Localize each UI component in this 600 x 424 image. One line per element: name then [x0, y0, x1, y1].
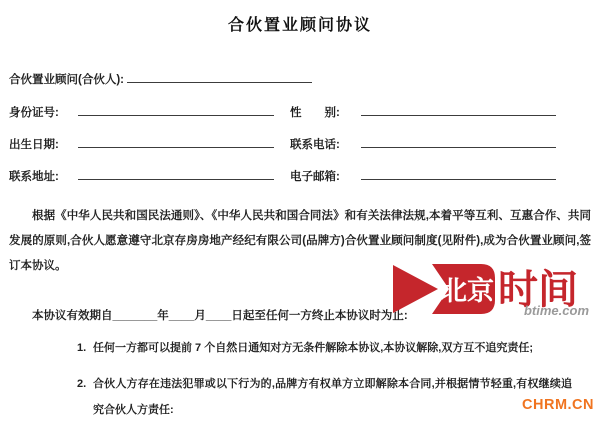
field-birth-date: 出生日期:	[9, 136, 271, 151]
field-address: 联系地址:	[9, 168, 271, 183]
clause-1-number: 1.	[77, 335, 93, 361]
address-label: 联系地址:	[9, 168, 75, 184]
clause-2-number: 2.	[77, 371, 93, 423]
clause-list: 1. 任何一方都可以提前 7 个自然日通知对方无条件解除本协议,本协议解除,双方…	[77, 335, 572, 423]
document-title: 合伙置业顾问协议	[0, 0, 600, 35]
partner-label: 合伙置业顾问(合伙人):	[9, 74, 124, 86]
id-number-label: 身份证号:	[9, 104, 75, 120]
field-phone: 联系电话:	[290, 136, 556, 151]
phone-label: 联系电话:	[290, 136, 358, 152]
personal-info-fields: 身份证号: 性 别: 出生日期: 联系电话: 联系地址:	[0, 104, 600, 183]
field-id-number: 身份证号:	[9, 104, 271, 119]
field-row-1: 身份证号: 性 别:	[0, 104, 600, 119]
email-blank-line	[361, 168, 556, 180]
field-row-3: 联系地址: 电子邮箱:	[0, 168, 600, 183]
gender-label: 性 别:	[290, 104, 358, 120]
clause-1-text: 任何一方都可以提前 7 个自然日通知对方无条件解除本协议,本协议解除,双方互不追…	[93, 335, 572, 361]
clause-2-text: 合伙人方存在违法犯罪或以下行为的,品牌方有权单方立即解除本合同,并根据情节轻重,…	[93, 371, 572, 423]
play-triangle-icon	[393, 265, 438, 313]
email-label: 电子邮箱:	[290, 168, 358, 184]
partner-field-row: 合伙置业顾问(合伙人):	[9, 71, 600, 87]
phone-blank-line	[361, 136, 556, 148]
id-number-blank-line	[78, 104, 274, 116]
chrm-watermark: CHRM.CN	[522, 397, 594, 413]
gender-blank-line	[361, 104, 556, 116]
birth-date-blank-line	[78, 136, 274, 148]
partner-blank-line	[127, 71, 312, 83]
document-page: 合伙置业顾问协议 合伙置业顾问(合伙人): 身份证号: 性 别: 出生日期: 联…	[0, 0, 600, 424]
logo-domain-text: btime.com	[524, 303, 589, 317]
field-email: 电子邮箱:	[290, 168, 556, 183]
clause-item-1: 1. 任何一方都可以提前 7 个自然日通知对方无条件解除本协议,本协议解除,双方…	[77, 335, 572, 361]
logo-text-beijing: 北京	[440, 275, 494, 306]
field-row-2: 出生日期: 联系电话:	[0, 136, 600, 151]
birth-date-label: 出生日期:	[9, 136, 75, 152]
btime-logo: 北京 时间 btime.com	[392, 261, 597, 317]
address-blank-line	[78, 168, 274, 180]
field-gender: 性 别:	[290, 104, 556, 119]
clause-item-2: 2. 合伙人方存在违法犯罪或以下行为的,品牌方有权单方立即解除本合同,并根据情节…	[77, 371, 572, 423]
